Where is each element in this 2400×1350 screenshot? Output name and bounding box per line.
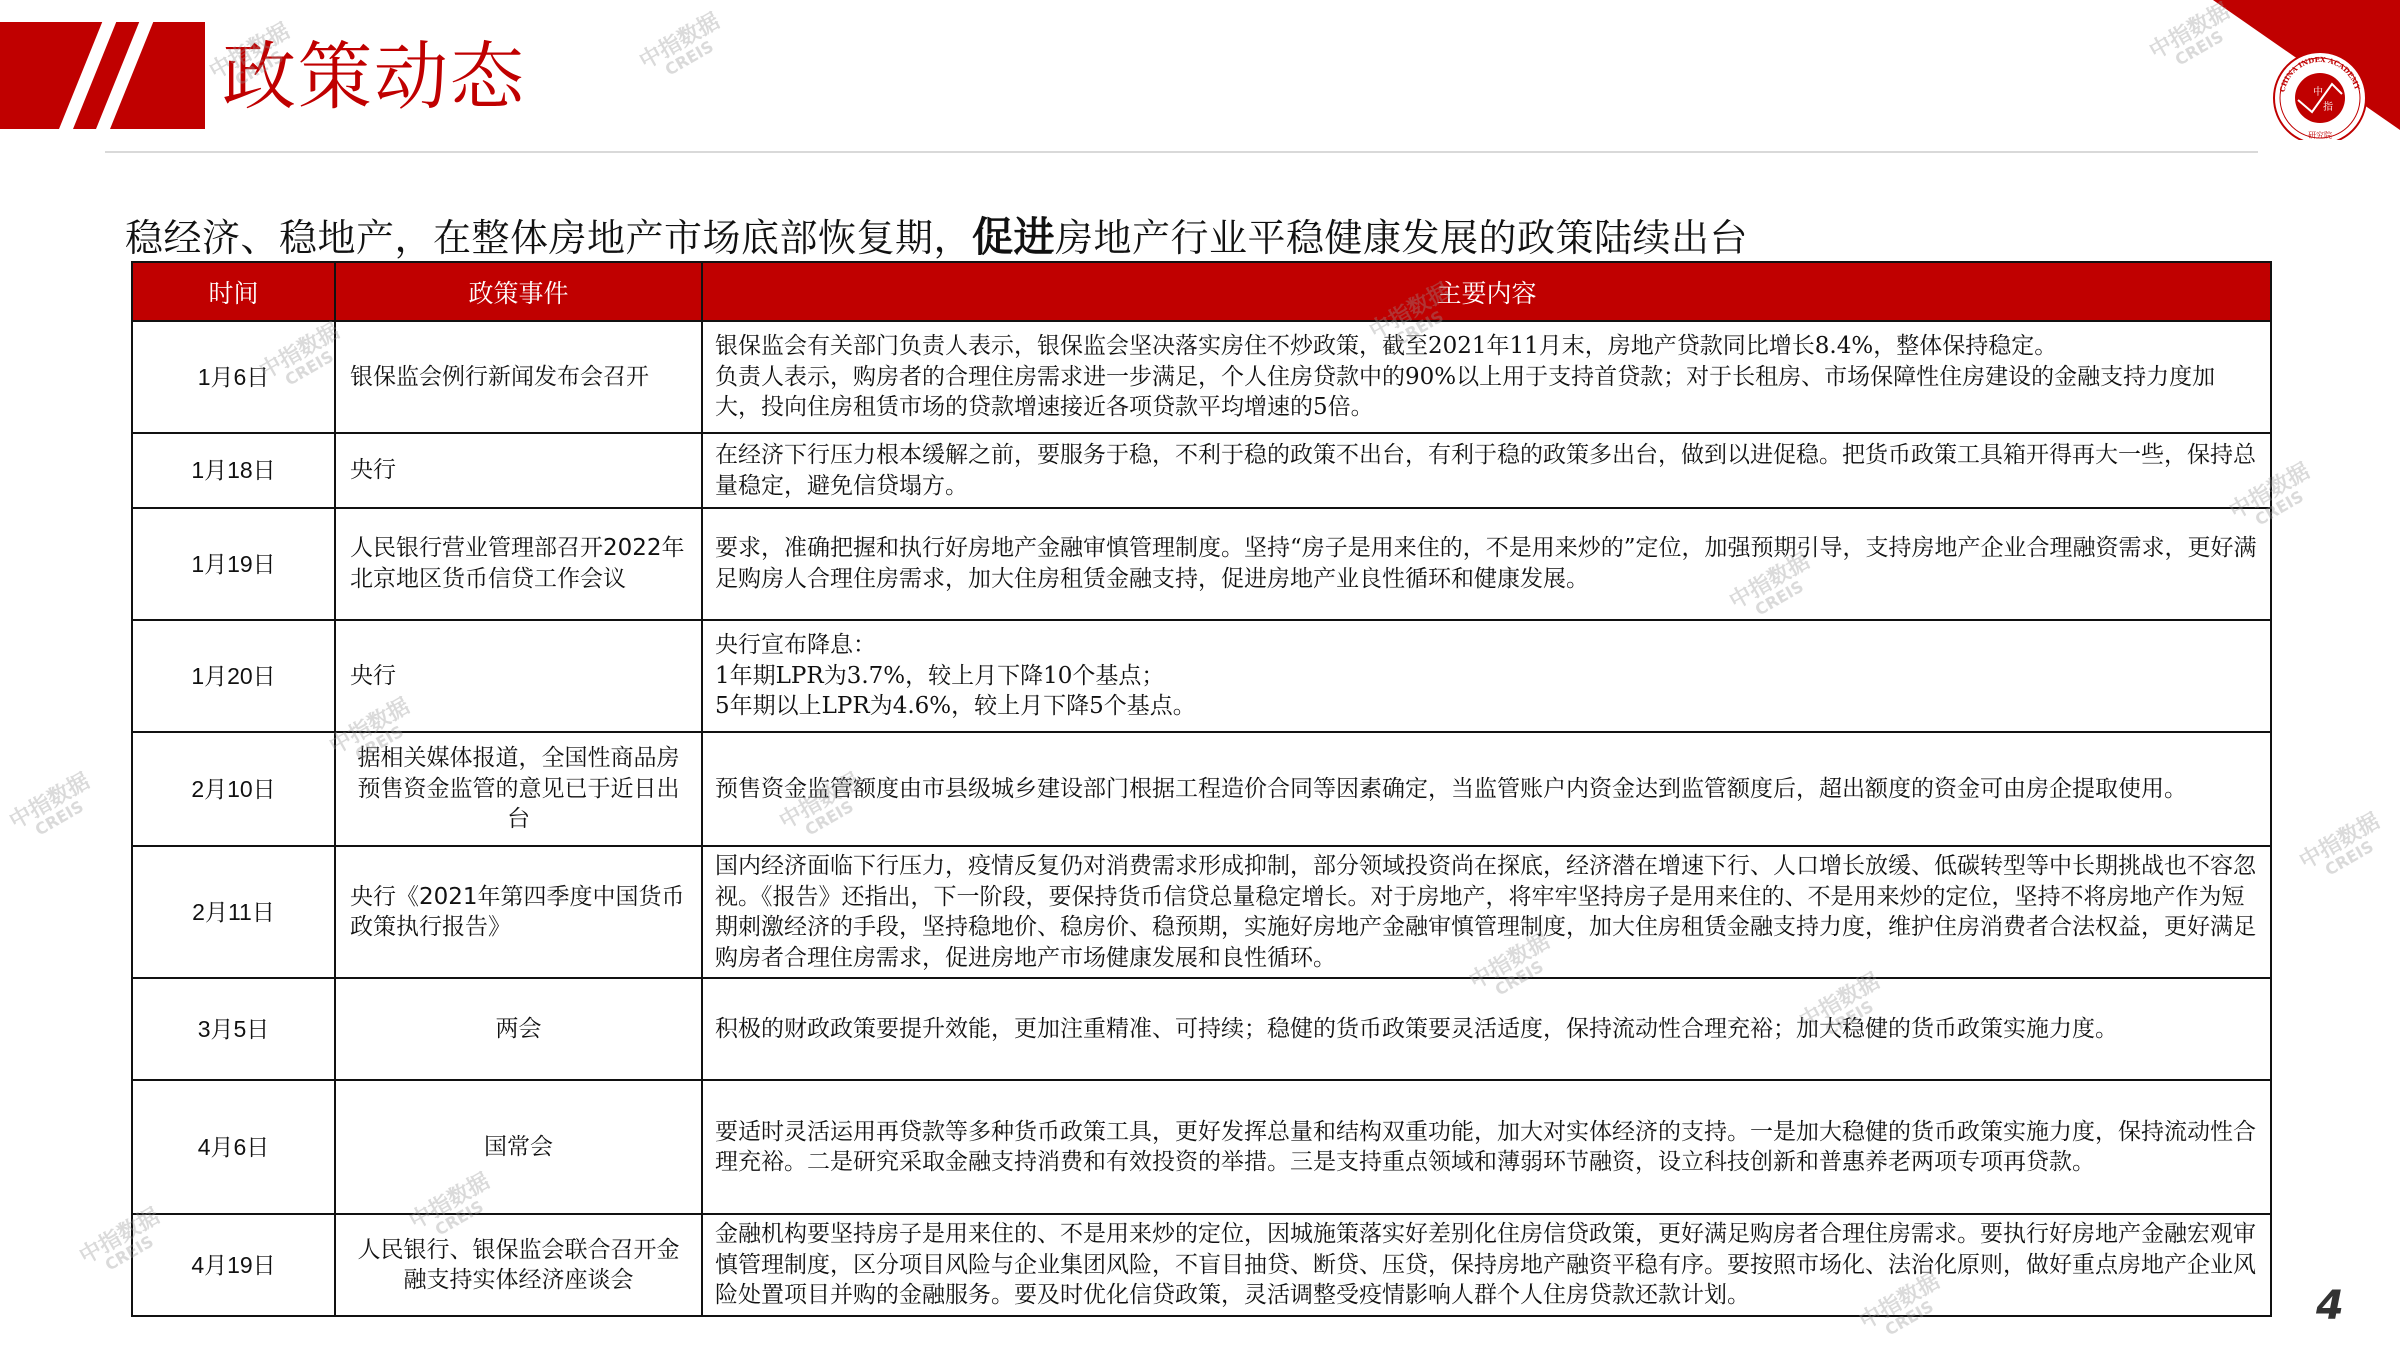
date-cell: 1月6日 <box>132 321 335 433</box>
date-cell: 4月19日 <box>132 1214 335 1316</box>
table-row: 4月6日 国常会 要适时灵活运用再贷款等多种货币政策工具，更好发挥总量和结构双重… <box>132 1080 2271 1214</box>
svg-text:指: 指 <box>2323 100 2333 113</box>
content-line: 国内经济面临下行压力，疫情反复仍对消费需求形成抑制，部分领域投资尚在探底，经济潜… <box>715 851 2258 973</box>
content-line: 要适时灵活运用再贷款等多种货币政策工具，更好发挥总量和结构双重功能，加大对实体经… <box>715 1117 2258 1178</box>
header-divider <box>105 151 2258 153</box>
academy-logo-icon: 中 指 研究院 CHINA INDEX ACADEMY <box>2200 0 2400 140</box>
content-cell: 要适时灵活运用再贷款等多种货币政策工具，更好发挥总量和结构双重功能，加大对实体经… <box>702 1080 2271 1214</box>
event-cell: 央行 <box>335 620 702 732</box>
table-row: 1月20日 央行 央行宣布降息：1年期LPR为3.7%，较上月下降10个基点；5… <box>132 620 2271 732</box>
content-cell: 国内经济面临下行压力，疫情反复仍对消费需求形成抑制，部分领域投资尚在探底，经济潜… <box>702 846 2271 978</box>
content-cell: 要求，准确把握和执行好房地产金融审慎管理制度。坚持“房子是用来住的，不是用来炒的… <box>702 508 2271 620</box>
event-cell: 人民银行营业管理部召开2022年北京地区货币信贷工作会议 <box>335 508 702 620</box>
svg-text:研究院: 研究院 <box>2308 130 2332 140</box>
date-cell: 1月18日 <box>132 433 335 508</box>
title-accent-block <box>0 22 205 129</box>
content-cell: 金融机构要坚持房子是用来住的、不是用来炒的定位，因城施策落实好差别化住房信贷政策… <box>702 1214 2271 1316</box>
content-line: 在经济下行压力根本缓解之前，要服务于稳，不利于稳的政策不出台，有利于稳的政策多出… <box>715 440 2258 501</box>
date-cell: 1月19日 <box>132 508 335 620</box>
table-row: 1月19日 人民银行营业管理部召开2022年北京地区货币信贷工作会议 要求，准确… <box>132 508 2271 620</box>
watermark: 中指数据CREIS <box>6 771 101 848</box>
content-line: 要求，准确把握和执行好房地产金融审慎管理制度。坚持“房子是用来住的，不是用来炒的… <box>715 533 2258 594</box>
content-line: 1年期LPR为3.7%，较上月下降10个基点； <box>715 661 2258 692</box>
column-header-event: 政策事件 <box>335 262 702 321</box>
subtitle-emphasis: 促进 <box>972 213 1055 261</box>
content-line: 银保监会有关部门负责人表示，银保监会坚决落实房住不炒政策，截至2021年11月末… <box>715 331 2258 362</box>
page-number: 4 <box>2316 1283 2344 1329</box>
event-cell: 央行《2021年第四季度中国货币政策执行报告》 <box>335 846 702 978</box>
content-line: 负责人表示，购房者的合理住房需求进一步满足，个人住房贷款中的90%以上用于支持首… <box>715 362 2258 423</box>
content-line: 5年期以上LPR为4.6%，较上月下降5个基点。 <box>715 691 2258 722</box>
content-cell: 银保监会有关部门负责人表示，银保监会坚决落实房住不炒政策，截至2021年11月末… <box>702 321 2271 433</box>
content-line: 积极的财政政策要提升效能，更加注重精准、可持续；稳健的货币政策要灵活适度，保持流… <box>715 1014 2258 1045</box>
policy-table: 时间 政策事件 主要内容 1月6日 银保监会例行新闻发布会召开 银保监会有关部门… <box>131 261 2272 1317</box>
content-line: 预售资金监管额度由市县级城乡建设部门根据工程造价合同等因素确定，当监管账户内资金… <box>715 774 2258 805</box>
page-title: 政策动态 <box>222 40 526 114</box>
table-row: 2月10日 据相关媒体报道，全国性商品房预售资金监管的意见已于近日出台 预售资金… <box>132 732 2271 846</box>
column-header-content: 主要内容 <box>702 262 2271 321</box>
subtitle-text: 房地产行业平稳健康发展的政策陆续出台 <box>1055 216 1748 260</box>
date-cell: 1月20日 <box>132 620 335 732</box>
svg-text:中: 中 <box>2313 85 2323 98</box>
date-cell: 4月6日 <box>132 1080 335 1214</box>
table-row: 4月19日 人民银行、银保监会联合召开金融支持实体经济座谈会 金融机构要坚持房子… <box>132 1214 2271 1316</box>
date-cell: 2月11日 <box>132 846 335 978</box>
section-subtitle: 稳经济、稳地产，在整体房地产市场底部恢复期，促进房地产行业平稳健康发展的政策陆续… <box>125 204 1748 263</box>
event-cell: 银保监会例行新闻发布会召开 <box>335 321 702 433</box>
watermark: 中指数据CREIS <box>636 11 731 88</box>
event-cell: 央行 <box>335 433 702 508</box>
event-cell: 据相关媒体报道，全国性商品房预售资金监管的意见已于近日出台 <box>335 732 702 846</box>
watermark: 中指数据CREIS <box>2296 811 2391 888</box>
event-cell: 国常会 <box>335 1080 702 1214</box>
event-cell: 人民银行、银保监会联合召开金融支持实体经济座谈会 <box>335 1214 702 1316</box>
event-cell: 两会 <box>335 978 702 1080</box>
subtitle-text: 稳经济、稳地产，在整体房地产市场底部恢复期， <box>125 216 972 260</box>
column-header-date: 时间 <box>132 262 335 321</box>
content-cell: 央行宣布降息：1年期LPR为3.7%，较上月下降10个基点；5年期以上LPR为4… <box>702 620 2271 732</box>
table-row: 2月11日 央行《2021年第四季度中国货币政策执行报告》 国内经济面临下行压力… <box>132 846 2271 978</box>
date-cell: 3月5日 <box>132 978 335 1080</box>
date-cell: 2月10日 <box>132 732 335 846</box>
table-row: 3月5日 两会 积极的财政政策要提升效能，更加注重精准、可持续；稳健的货币政策要… <box>132 978 2271 1080</box>
table-row: 1月6日 银保监会例行新闻发布会召开 银保监会有关部门负责人表示，银保监会坚决落… <box>132 321 2271 433</box>
content-cell: 预售资金监管额度由市县级城乡建设部门根据工程造价合同等因素确定，当监管账户内资金… <box>702 732 2271 846</box>
content-cell: 积极的财政政策要提升效能，更加注重精准、可持续；稳健的货币政策要灵活适度，保持流… <box>702 978 2271 1080</box>
content-line: 金融机构要坚持房子是用来住的、不是用来炒的定位，因城施策落实好差别化住房信贷政策… <box>715 1219 2258 1311</box>
content-cell: 在经济下行压力根本缓解之前，要服务于稳，不利于稳的政策不出台，有利于稳的政策多出… <box>702 433 2271 508</box>
table-row: 1月18日 央行 在经济下行压力根本缓解之前，要服务于稳，不利于稳的政策不出台，… <box>132 433 2271 508</box>
content-line: 央行宣布降息： <box>715 630 2258 661</box>
table-header-row: 时间 政策事件 主要内容 <box>132 262 2271 321</box>
